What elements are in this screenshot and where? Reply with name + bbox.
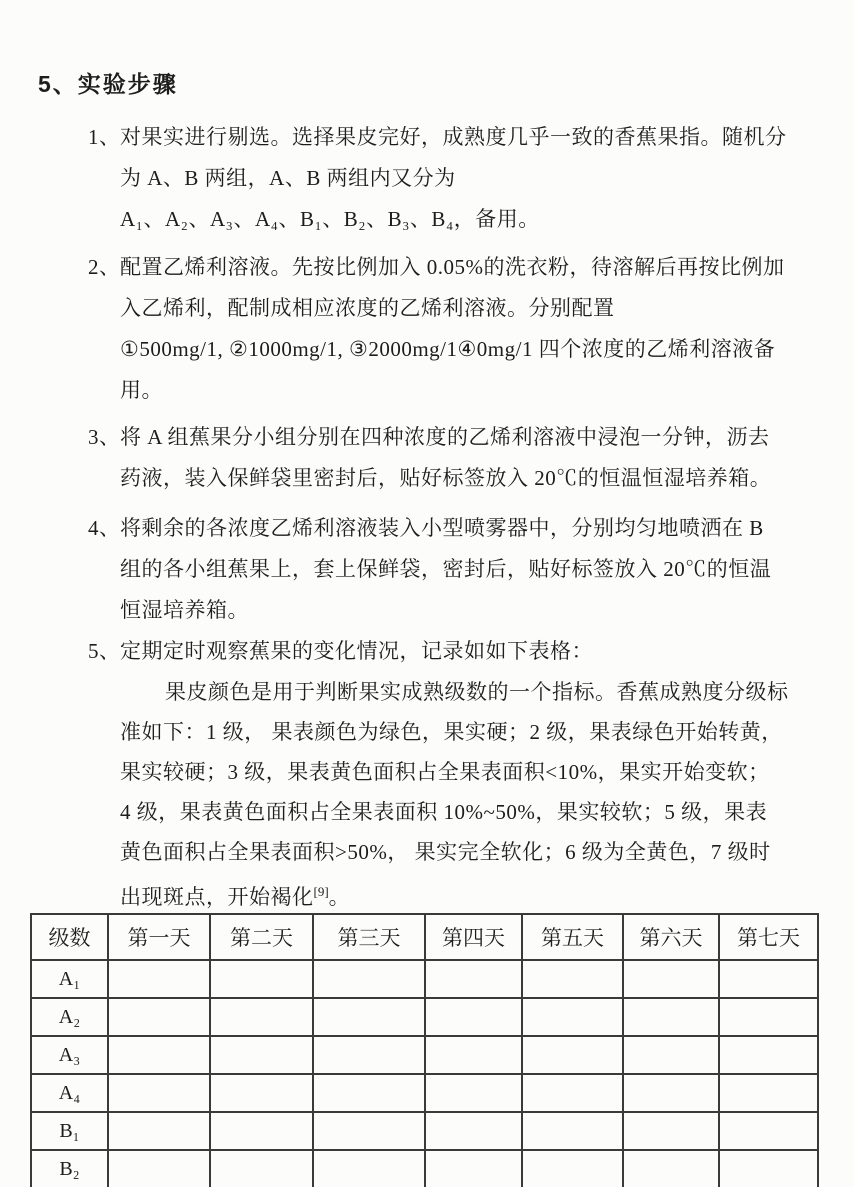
step-line: A₁、A₂、A₃、A₄、B₁、B₂、B₃、B₄，备用。 [120,199,796,240]
table-cell-empty [623,998,719,1036]
table-cell-empty [719,1112,818,1150]
column-header: 第一天 [108,914,210,960]
table-cell-empty [719,1036,818,1074]
step-line: 药液，装入保鲜袋里密封后，贴好标签放入 20℃的恒温恒湿培养箱。 [120,458,796,499]
row-label: B₁ [31,1112,108,1150]
table-cell-empty [522,1150,623,1187]
table-cell-empty [719,998,818,1036]
step-line: 用。 [120,370,796,411]
column-header: 第六天 [623,914,719,960]
table-cell-empty [522,960,623,998]
table-cell-empty [522,1036,623,1074]
step-line: 1、对果实进行剔选。选择果皮完好，成熟度几乎一致的香蕉果指。随机分 [88,117,796,158]
grading-text: 出现斑点，开始褐化 [120,885,314,909]
steps-list: 1、对果实进行剔选。选择果皮完好，成熟度几乎一致的香蕉果指。随机分 为 A、B … [120,117,796,912]
step-2: 2、配置乙烯利溶液。先按比例加入 0.05%的洗衣粉，待溶解后再按比例加 入乙烯… [120,247,796,411]
step-3: 3、将 A 组蕉果分小组分别在四种浓度的乙烯利溶液中浸泡一分钟，沥去 药液，装入… [120,417,796,499]
table-cell-empty [313,960,425,998]
table-cell-empty [313,1150,425,1187]
table-cell-empty [108,1074,210,1112]
step-line: 恒湿培养箱。 [120,590,796,631]
table-cell-empty [108,1150,210,1187]
table-cell-empty [210,1112,313,1150]
column-header: 第三天 [313,914,425,960]
table-cell-empty [313,998,425,1036]
table-cell-empty [210,1036,313,1074]
section-heading: 5、实验步骤 [0,0,854,99]
table-cell-empty [719,960,818,998]
table-row: A₃ [31,1036,818,1074]
step-line: 5、定期定时观察蕉果的变化情况，记录如如下表格： [88,631,796,672]
step-line: 3、将 A 组蕉果分小组分别在四种浓度的乙烯利溶液中浸泡一分钟，沥去 [88,417,796,458]
document-page: 5、实验步骤 1、对果实进行剔选。选择果皮完好，成熟度几乎一致的香蕉果指。随机分… [0,0,854,1187]
table-cell-empty [623,1074,719,1112]
table-cell-empty [108,960,210,998]
table-cell-empty [623,1150,719,1187]
table-cell-empty [108,998,210,1036]
step-text: 配置乙烯利溶液。先按比例加入 0.05%的洗衣粉，待溶解后再按比例加 [120,255,785,279]
table-row: A₁ [31,960,818,998]
step-number: 2、 [88,247,120,288]
table-cell-empty [313,1074,425,1112]
column-header: 第五天 [522,914,623,960]
grading-line: 准如下：1 级， 果表颜色为绿色，果实硬；2 级，果表绿色开始转黄， [120,712,796,752]
citation-ref: [9] [314,884,329,899]
grading-line: 4 级，果表黄色面积占全果表面积 10%~50%，果实较软；5 级，果表 [120,792,796,832]
table-cell-empty [108,1036,210,1074]
step-1: 1、对果实进行剔选。选择果皮完好，成熟度几乎一致的香蕉果指。随机分 为 A、B … [120,117,796,240]
grading-line: 黄色面积占全果表面积>50%， 果实完全软化；6 级为全黄色，7 级时 [120,832,796,872]
table-row: B₂ [31,1150,818,1187]
table-cell-empty [425,1112,522,1150]
grading-line: 果实较硬；3 级，果表黄色面积占全果表面积<10%，果实开始变软； [120,752,796,792]
table-cell-empty [522,998,623,1036]
table-cell-empty [719,1150,818,1187]
grading-paragraph: 果皮颜色是用于判断果实成熟级数的一个指标。香蕉成熟度分级标 准如下：1 级， 果… [120,672,796,912]
step-text: 定期定时观察蕉果的变化情况，记录如如下表格： [120,639,593,663]
row-label: A₄ [31,1074,108,1112]
column-header: 级数 [31,914,108,960]
table-row: A₂ [31,998,818,1036]
table-cell-empty [425,960,522,998]
table-cell-empty [623,960,719,998]
step-text: 将 A 组蕉果分小组分别在四种浓度的乙烯利溶液中浸泡一分钟，沥去 [120,425,770,449]
table-cell-empty [313,1036,425,1074]
step-line: 组的各小组蕉果上，套上保鲜袋，密封后，贴好标签放入 20℃的恒温 [120,549,796,590]
table-cell-empty [425,1036,522,1074]
step-text: 对果实进行剔选。选择果皮完好，成熟度几乎一致的香蕉果指。随机分 [120,125,787,149]
step-5: 5、定期定时观察蕉果的变化情况，记录如如下表格： [120,631,796,672]
table-cell-empty [623,1112,719,1150]
grading-period: 。 [329,885,351,909]
column-header: 第七天 [719,914,818,960]
column-header: 第二天 [210,914,313,960]
table-cell-empty [210,998,313,1036]
step-line: 4、将剩余的各浓度乙烯利溶液装入小型喷雾器中，分别均匀地喷洒在 B [88,508,796,549]
table-row: B₁ [31,1112,818,1150]
row-label: A₃ [31,1036,108,1074]
observation-table: 级数 第一天 第二天 第三天 第四天 第五天 第六天 第七天 A₁ A₂ A₃ [30,913,819,1187]
step-line: 2、配置乙烯利溶液。先按比例加入 0.05%的洗衣粉，待溶解后再按比例加 [88,247,796,288]
table-cell-empty [210,960,313,998]
grading-last-line: 出现斑点，开始褐化[9]。 [120,872,796,912]
step-number: 1、 [88,117,120,158]
table-cell-empty [108,1112,210,1150]
step-number: 5、 [88,631,120,672]
table-cell-empty [425,1074,522,1112]
table-cell-empty [522,1112,623,1150]
table-cell-empty [719,1074,818,1112]
grading-line: 果皮颜色是用于判断果实成熟级数的一个指标。香蕉成熟度分级标 [120,672,796,712]
step-line: 入乙烯利，配制成相应浓度的乙烯利溶液。分别配置 [120,288,796,329]
step-number: 3、 [88,417,120,458]
table-cell-empty [313,1112,425,1150]
table-cell-empty [210,1074,313,1112]
row-label: B₂ [31,1150,108,1187]
table-row: A₄ [31,1074,818,1112]
table-cell-empty [425,1150,522,1187]
table-header-row: 级数 第一天 第二天 第三天 第四天 第五天 第六天 第七天 [31,914,818,960]
table-cell-empty [522,1074,623,1112]
step-number: 4、 [88,508,120,549]
row-label: A₁ [31,960,108,998]
table-cell-empty [623,1036,719,1074]
step-line: ①500mg/1, ②1000mg/1, ③2000mg/1④0mg/1 四个浓… [120,329,796,370]
table-cell-empty [210,1150,313,1187]
step-line: 为 A、B 两组，A、B 两组内又分为 [120,158,796,199]
step-text: 将剩余的各浓度乙烯利溶液装入小型喷雾器中，分别均匀地喷洒在 B [120,516,764,540]
step-4: 4、将剩余的各浓度乙烯利溶液装入小型喷雾器中，分别均匀地喷洒在 B 组的各小组蕉… [120,508,796,631]
column-header: 第四天 [425,914,522,960]
row-label: A₂ [31,998,108,1036]
table-cell-empty [425,998,522,1036]
